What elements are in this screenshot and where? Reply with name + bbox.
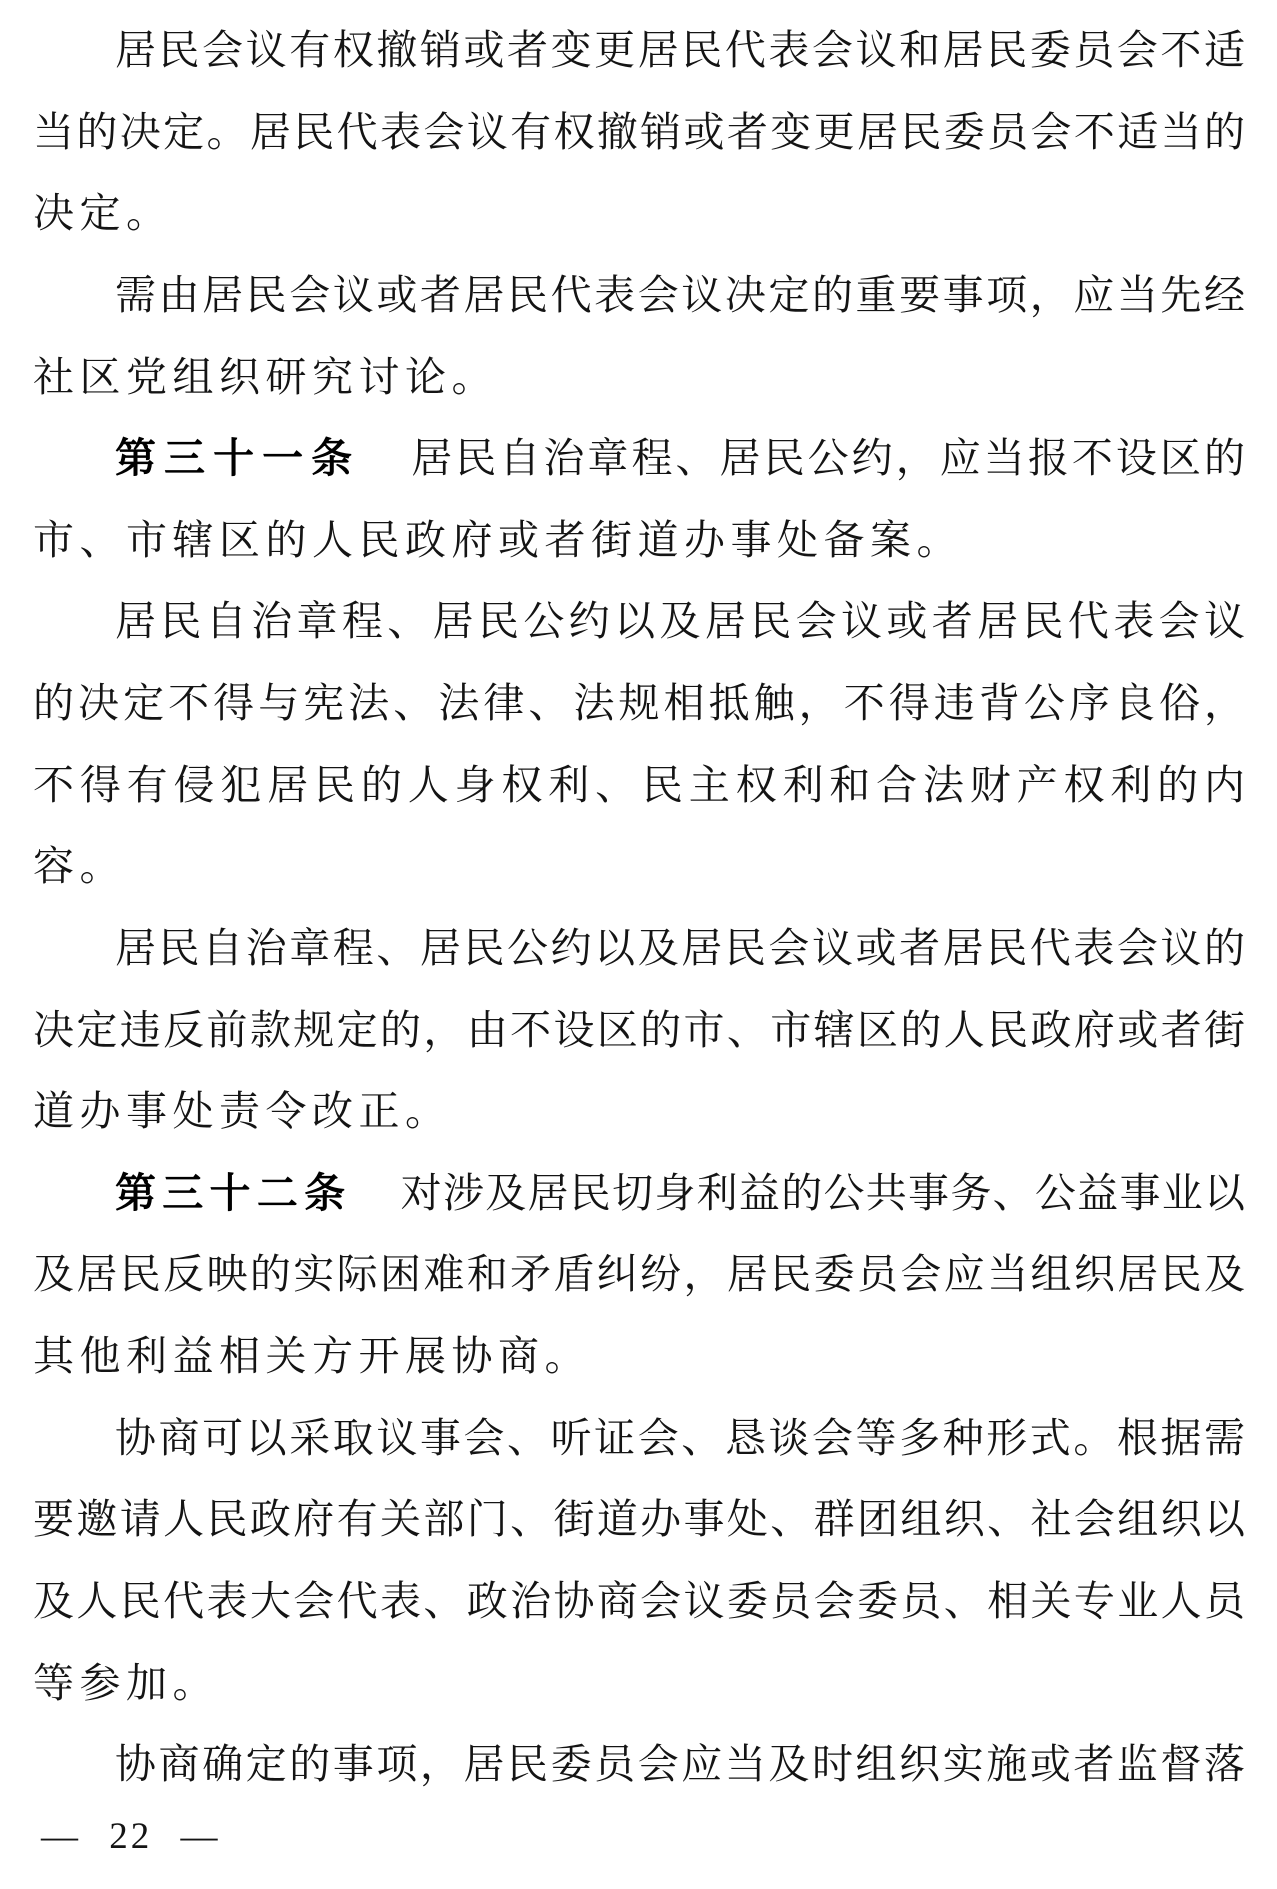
text-line: 第三十一条居民自治章程、居民公约，应当报不设区的 xyxy=(33,418,1245,500)
text-line: 居民自治章程、居民公约以及居民会议或者居民代表会议 xyxy=(33,581,1245,663)
text-line: 协商可以采取议事会、听证会、恳谈会等多种形式。根据需 xyxy=(33,1398,1245,1480)
text-line: 道办事处责令改正。 xyxy=(33,1071,1245,1153)
text-line: 的决定不得与宪法、法律、法规相抵触，不得违背公序良俗， xyxy=(33,663,1245,745)
text-line: 市、市辖区的人民政府或者街道办事处备案。 xyxy=(33,500,1245,582)
term-gap xyxy=(351,1206,399,1207)
text-line: 其他利益相关方开展协商。 xyxy=(33,1316,1245,1398)
paragraph: 第三十一条居民自治章程、居民公约，应当报不设区的市、市辖区的人民政府或者街道办事… xyxy=(33,418,1245,581)
paragraphs: 居民会议有权撤销或者变更居民代表会议和居民委员会不适当的决定。居民代表会议有权撤… xyxy=(33,10,1245,1806)
text-line: 协商确定的事项，居民委员会应当及时组织实施或者监督落 xyxy=(33,1724,1245,1806)
paragraph: 需由居民会议或者居民代表会议决定的重要事项，应当先经社区党组织研究讨论。 xyxy=(33,255,1245,418)
article-number: 第三十一条 xyxy=(115,435,360,481)
paragraph: 居民会议有权撤销或者变更居民代表会议和居民委员会不适当的决定。居民代表会议有权撤… xyxy=(33,10,1245,255)
text-line: 决定违反前款规定的，由不设区的市、市辖区的人民政府或者街 xyxy=(33,990,1245,1072)
paragraph: 协商确定的事项，居民委员会应当及时组织实施或者监督落 xyxy=(33,1724,1245,1806)
text-line: 及居民反映的实际困难和矛盾纠纷，居民委员会应当组织居民及 xyxy=(33,1234,1245,1316)
text-line: 容。 xyxy=(33,826,1245,908)
term-gap xyxy=(360,471,408,472)
text-line: 等参加。 xyxy=(33,1643,1245,1725)
text-line: 居民自治章程、居民公约以及居民会议或者居民代表会议的 xyxy=(33,908,1245,990)
text-line: 不得有侵犯居民的人身权利、民主权利和合法财产权利的内 xyxy=(33,745,1245,827)
paragraph: 居民自治章程、居民公约以及居民会议或者居民代表会议的决定不得与宪法、法律、法规相… xyxy=(33,581,1245,908)
text-line: 需由居民会议或者居民代表会议决定的重要事项，应当先经 xyxy=(33,255,1245,337)
text-line: 决定。 xyxy=(33,173,1245,255)
document-page: 居民会议有权撤销或者变更居民代表会议和居民委员会不适当的决定。居民代表会议有权撤… xyxy=(0,0,1277,1889)
text-line: 及人民代表大会代表、政治协商会议委员会委员、相关专业人员 xyxy=(33,1561,1245,1643)
article-number: 第三十二条 xyxy=(115,1170,351,1216)
text-line: 要邀请人民政府有关部门、街道办事处、群团组织、社会组织以 xyxy=(33,1479,1245,1561)
page-number: — 22 — xyxy=(41,1816,221,1858)
text-line: 当的决定。居民代表会议有权撤销或者变更居民委员会不适当的 xyxy=(33,92,1245,174)
paragraph: 协商可以采取议事会、听证会、恳谈会等多种形式。根据需要邀请人民政府有关部门、街道… xyxy=(33,1398,1245,1725)
text-line: 第三十二条对涉及居民切身利益的公共事务、公益事业以 xyxy=(33,1153,1245,1235)
paragraph: 第三十二条对涉及居民切身利益的公共事务、公益事业以及居民反映的实际困难和矛盾纠纷… xyxy=(33,1153,1245,1398)
text-line: 社区党组织研究讨论。 xyxy=(33,337,1245,419)
paragraph: 居民自治章程、居民公约以及居民会议或者居民代表会议的决定违反前款规定的，由不设区… xyxy=(33,908,1245,1153)
text-line: 居民会议有权撤销或者变更居民代表会议和居民委员会不适 xyxy=(33,10,1245,92)
